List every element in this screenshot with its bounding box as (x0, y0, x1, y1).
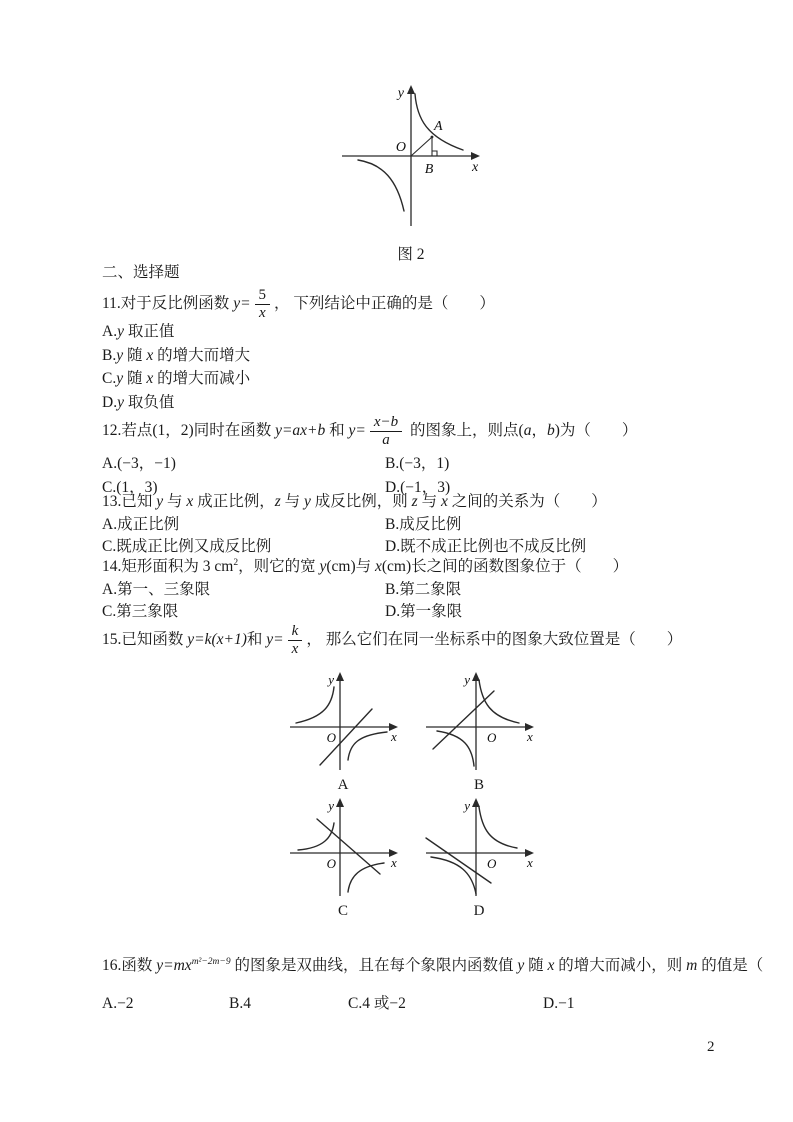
straight-line (433, 691, 494, 749)
q15-graph-b: y x O (424, 672, 534, 774)
q13-options: A.成正比例 B.成反比例 C.既成正比例又成反比例 D.既不成正比例也不成反比… (102, 514, 722, 557)
q11-option-c: C.y 随 x 的增大而减小 (102, 367, 250, 391)
y-axis-label: y (462, 672, 470, 687)
origin-label: O (327, 730, 337, 745)
hyperbola-q2-branch (296, 687, 334, 723)
origin-label: O (487, 856, 497, 871)
q15-graph-d-label: D (424, 903, 534, 920)
hyperbola-q3-branch (437, 731, 474, 766)
y-axis-label: y (326, 798, 334, 813)
hyperbola-q2-branch (298, 823, 334, 850)
hyperbola-q3-branch (358, 160, 404, 211)
y-axis-arrow-icon (472, 798, 480, 807)
q16-options: A.−2 B.4 C.4 或−2 D.−1 (102, 993, 722, 1015)
q12-option-b: B.(−3，1) (385, 452, 722, 476)
q13-option-c: C.既成正比例又成反比例 (102, 536, 385, 558)
hyperbola-q1-branch (479, 680, 519, 723)
q14-stem: 14.矩形面积为 3 cm2，则它的宽 y(cm)与 x(cm)长之间的函数图象… (102, 555, 628, 579)
point-b-label: B (425, 162, 434, 177)
point-a-label: A (433, 119, 443, 134)
y-axis-label: y (326, 672, 334, 687)
q16-option-b: B.4 (229, 993, 251, 1015)
origin-label: O (396, 140, 406, 155)
straight-line (426, 838, 491, 883)
point-a (431, 136, 434, 139)
q16-option-d: D.−1 (543, 993, 575, 1015)
q14-options: A.第一、三象限 B.第二象限 C.第三象限 D.第一象限 (102, 579, 722, 622)
q16-option-c: C.4 或−2 (348, 993, 406, 1015)
figure2: y x O A B 图 2 (335, 80, 487, 264)
q16-stem: 16.函数 y=mxm²−2m−9 的图象是双曲线，且在每个象限内函数值 y 随… (102, 952, 793, 980)
q15-graph-b-label: B (424, 777, 534, 794)
q12-stem: 12.若点(1，2)同时在函数 y=ax+b 和 y=x−ba 的图象上，则点(… (102, 410, 637, 452)
hyperbola-q4-branch (348, 863, 384, 892)
q15-graph-a: y x O (288, 672, 398, 774)
hyperbola-q3-branch (431, 857, 476, 894)
q11-options: A.y 取正值 B.y 随 x 的增大而增大 C.y 随 x 的增大而减小 D.… (102, 320, 250, 414)
q15-graph-c-label: C (288, 903, 398, 920)
worksheet-page: y x O A B 图 2 二、选择题 11.对于反比例函数 y=5x， 下列结… (0, 0, 793, 1122)
q13-stem: 13.已知 y 与 x 成正比例，z 与 y 成反比例，则 z 与 x 之间的关… (102, 490, 607, 514)
page-number: 2 (707, 1039, 715, 1056)
q13-option-d: D.既不成正比例也不成反比例 (385, 536, 722, 558)
q15-stem: 15.已知函数 y=k(x+1)和 y=kx， 那么它们在同一坐标系中的图象大致… (102, 618, 682, 662)
x-axis-label: x (526, 729, 533, 744)
q15-graph-a-label: A (288, 777, 398, 794)
x-axis-label: x (390, 855, 397, 870)
figure2-graph: y x O A B (335, 80, 487, 238)
y-axis-label: y (462, 798, 470, 813)
figure2-caption: 图 2 (335, 242, 487, 264)
q11-stem: 11.对于反比例函数 y=5x， 下列结论中正确的是（ ） (102, 284, 495, 324)
q12-option-a: A.(−3，−1) (102, 452, 385, 476)
origin-label: O (487, 730, 497, 745)
hyperbola-q1-branch (479, 807, 517, 848)
x-axis-label: x (390, 729, 397, 744)
q13-option-a: A.成正比例 (102, 514, 385, 536)
origin-label: O (327, 856, 337, 871)
right-angle-mark (432, 151, 437, 156)
y-axis-arrow-icon (336, 798, 344, 807)
x-axis-label: x (526, 855, 533, 870)
x-axis-arrow-icon (471, 152, 480, 160)
q15-graph-d: y x O (424, 798, 534, 900)
q13-option-b: B.成反比例 (385, 514, 722, 536)
x-axis-label: x (471, 160, 479, 175)
q16-option-a: A.−2 (102, 993, 134, 1015)
q15-graph-c: y x O (288, 798, 398, 900)
y-axis-label: y (396, 86, 405, 101)
q14-option-a: A.第一、三象限 (102, 579, 385, 601)
y-axis-arrow-icon (407, 85, 415, 94)
q11-option-a: A.y 取正值 (102, 320, 250, 344)
q11-option-b: B.y 随 x 的增大而增大 (102, 344, 250, 368)
y-axis-arrow-icon (336, 672, 344, 681)
section-title: 二、选择题 (102, 262, 180, 284)
q14-option-b: B.第二象限 (385, 579, 722, 601)
segment-oa (411, 137, 432, 156)
hyperbola-q4-branch (348, 732, 387, 760)
